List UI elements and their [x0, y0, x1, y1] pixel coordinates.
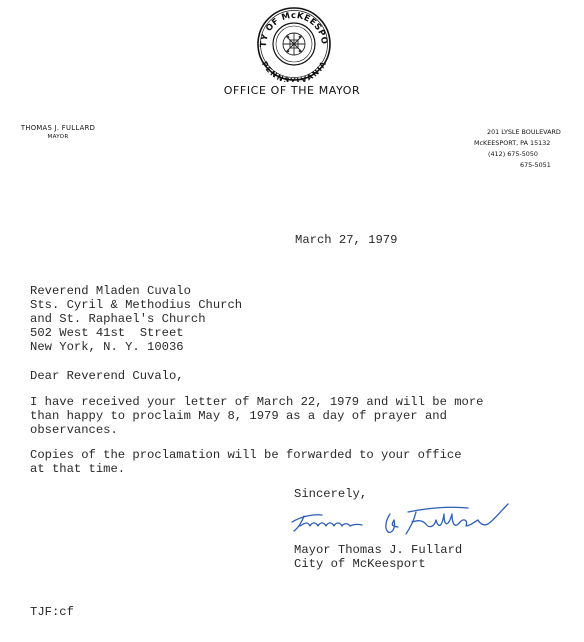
recipient-line: New York, N. Y. 10036	[30, 340, 242, 354]
recipient-line: and St. Raphael's Church	[30, 312, 242, 326]
mayor-name: THOMAS J. FULLARD	[12, 124, 104, 132]
paragraph-line: Copies of the proclamation will be forwa…	[30, 448, 462, 462]
signer-name: Mayor Thomas J. Fullard	[294, 543, 462, 557]
recipient-line: Reverend Mladen Cuvalo	[30, 284, 242, 298]
letter-date: March 27, 1979	[295, 233, 397, 247]
mayor-block: THOMAS J. FULLARD MAYOR	[12, 124, 104, 140]
recipient-line: Sts. Cyril & Methodius Church	[30, 298, 242, 312]
svg-text:PENNSYLVANIA: PENNSYLVANIA	[260, 60, 328, 82]
office-address: 201 LYSLE BOULEVARD McKEESPORT, PA 15132…	[474, 127, 584, 171]
salutation: Dear Reverend Cuvalo,	[30, 369, 184, 383]
recipient-address: Reverend Mladen Cuvalo Sts. Cyril & Meth…	[30, 284, 242, 354]
mayor-title: MAYOR	[12, 134, 104, 140]
paragraph-line: than happy to proclaim May 8, 1979 as a …	[30, 409, 483, 423]
city-seal-icon: CITY OF McKEESPORT PENNSYLVANIA	[252, 6, 336, 82]
paragraph-line: at that time.	[30, 462, 462, 476]
recipient-line: 502 West 41st Street	[30, 326, 242, 340]
body-paragraph-1: I have received your letter of March 22,…	[30, 395, 483, 437]
paragraph-line: observances.	[30, 423, 483, 437]
reference-initials: TJF:cf	[30, 605, 74, 619]
seal-bottom-text: PENNSYLVANIA	[260, 60, 328, 82]
office-title: OFFICE OF THE MAYOR	[0, 84, 584, 97]
address-city: McKEESPORT, PA 15132	[474, 138, 584, 149]
address-phone-2: 675-5051	[474, 160, 584, 171]
address-phone-1: (412) 675-5050	[474, 149, 584, 160]
signer-organization: City of McKeesport	[294, 557, 462, 571]
handwritten-signature-icon	[288, 500, 518, 540]
paragraph-line: I have received your letter of March 22,…	[30, 395, 483, 409]
seal-top-text: CITY OF McKEESPORT	[252, 6, 329, 48]
svg-text:CITY OF McKEESPORT: CITY OF McKEESPORT	[252, 6, 329, 48]
body-paragraph-2: Copies of the proclamation will be forwa…	[30, 448, 462, 476]
signer-block: Mayor Thomas J. Fullard City of McKeespo…	[294, 543, 462, 571]
closing: Sincerely,	[294, 487, 367, 501]
address-street: 201 LYSLE BOULEVARD	[474, 127, 584, 138]
